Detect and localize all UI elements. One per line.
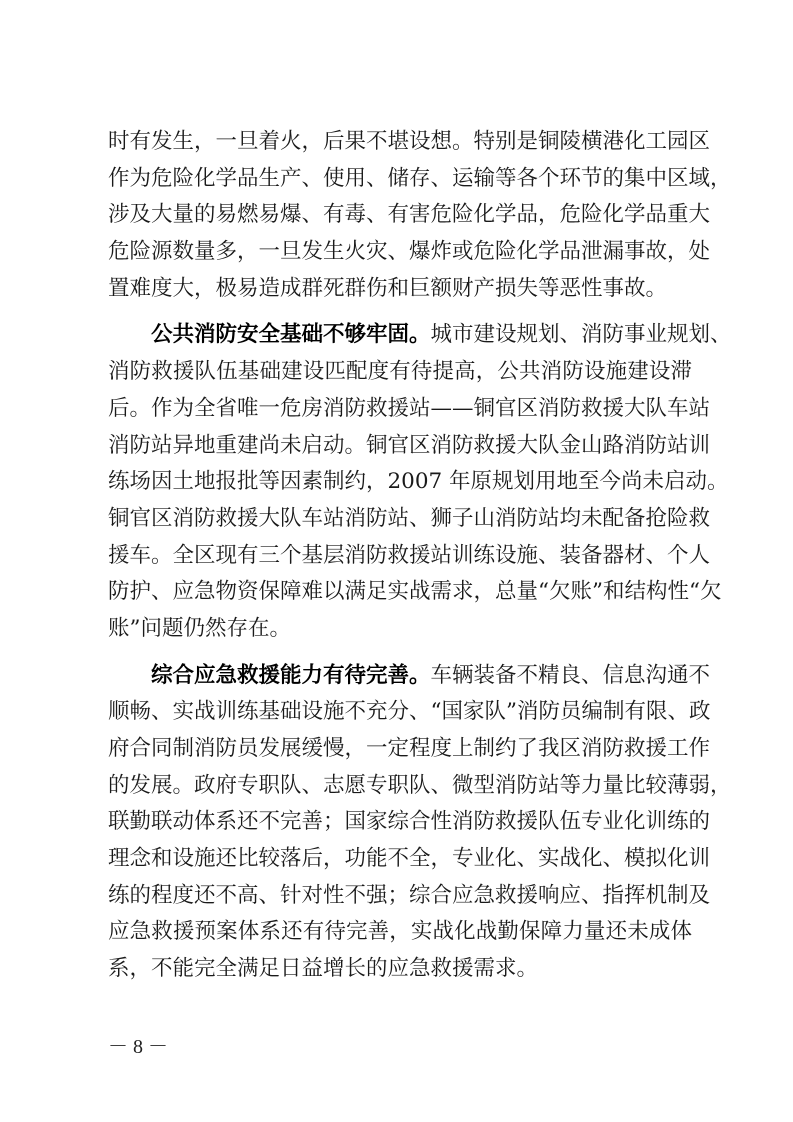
document-page: 时有发生，一旦着火，后果不堪设想。特别是铜陵横港化工园区 作为危险化学品生产、使… [0, 0, 793, 1122]
text-line: 联勤联动体系还不完善；国家综合性消防救援队伍专业化训练的 [108, 804, 692, 841]
page-number: － 8 － [108, 1030, 168, 1059]
paragraph-chemical-risk: 时有发生，一旦着火，后果不堪设想。特别是铜陵横港化工园区 作为危险化学品生产、使… [108, 124, 692, 307]
text-line: 置难度大，极易造成群死群伤和巨额财产损失等恶性事故。 [108, 271, 692, 308]
paragraph-public-fire-safety: 公共消防安全基础不够牢固。城市建设规划、消防事业规划、 消防救援队伍基础建设匹配… [108, 317, 692, 647]
text-span: 车辆装备不精良、信息沟通不 [431, 663, 711, 688]
text-line: 的发展。政府专职队、志愿专职队、微型消防站等力量比较薄弱， [108, 768, 692, 805]
body-text: 时有发生，一旦着火，后果不堪设想。特别是铜陵横港化工园区 作为危险化学品生产、使… [108, 124, 692, 988]
text-line: 系，不能完全满足日益增长的应急救援需求。 [108, 951, 692, 988]
text-line: 应急救援预案体系还有待完善，实战化战勤保障力量还未成体 [108, 914, 692, 951]
paragraph-first-line: 综合应急救援能力有待完善。车辆装备不精良、信息沟通不 [108, 658, 692, 695]
text-line: 防护、应急物资保障难以满足实战需求，总量“欠账”和结构性“欠 [108, 574, 692, 611]
paragraph-heading: 公共消防安全基础不够牢固。 [151, 322, 431, 347]
text-line: 消防站异地重建尚未启动。铜官区消防救援大队金山路消防站训 [108, 428, 692, 465]
text-line: 铜官区消防救援大队车站消防站、狮子山消防站均未配备抢险救 [108, 501, 692, 538]
text-span: 城市建设规划、消防事业规划、 [431, 322, 732, 347]
paragraph-emergency-rescue: 综合应急救援能力有待完善。车辆装备不精良、信息沟通不 顺畅、实战训练基础设施不充… [108, 658, 692, 988]
text-line: 后。作为全省唯一危房消防救援站——铜官区消防救援大队车站 [108, 391, 692, 428]
text-line: 练场因土地报批等因素制约，2007 年原规划用地至今尚未启动。 [108, 464, 692, 501]
text-line: 援车。全区现有三个基层消防救援站训练设施、装备器材、个人 [108, 538, 692, 575]
paragraph-heading: 综合应急救援能力有待完善。 [151, 663, 431, 688]
text-line: 顺畅、实战训练基础设施不充分、“国家队”消防员编制有限、政 [108, 694, 692, 731]
text-line: 账”问题仍然存在。 [108, 611, 692, 648]
text-line: 时有发生，一旦着火，后果不堪设想。特别是铜陵横港化工园区 [108, 124, 692, 161]
text-line: 作为危险化学品生产、使用、储存、运输等各个环节的集中区域， [108, 161, 692, 198]
text-line: 消防救援队伍基础建设匹配度有待提高，公共消防设施建设滞 [108, 354, 692, 391]
text-line: 府合同制消防员发展缓慢，一定程度上制约了我区消防救援工作 [108, 731, 692, 768]
text-line: 理念和设施还比较落后，功能不全，专业化、实战化、模拟化训 [108, 841, 692, 878]
text-line: 练的程度还不高、针对性不强；综合应急救援响应、指挥机制及 [108, 878, 692, 915]
paragraph-first-line: 公共消防安全基础不够牢固。城市建设规划、消防事业规划、 [108, 317, 692, 354]
text-line: 危险源数量多，一旦发生火灾、爆炸或危险化学品泄漏事故，处 [108, 234, 692, 271]
text-line: 涉及大量的易燃易爆、有毒、有害危险化学品，危险化学品重大 [108, 197, 692, 234]
